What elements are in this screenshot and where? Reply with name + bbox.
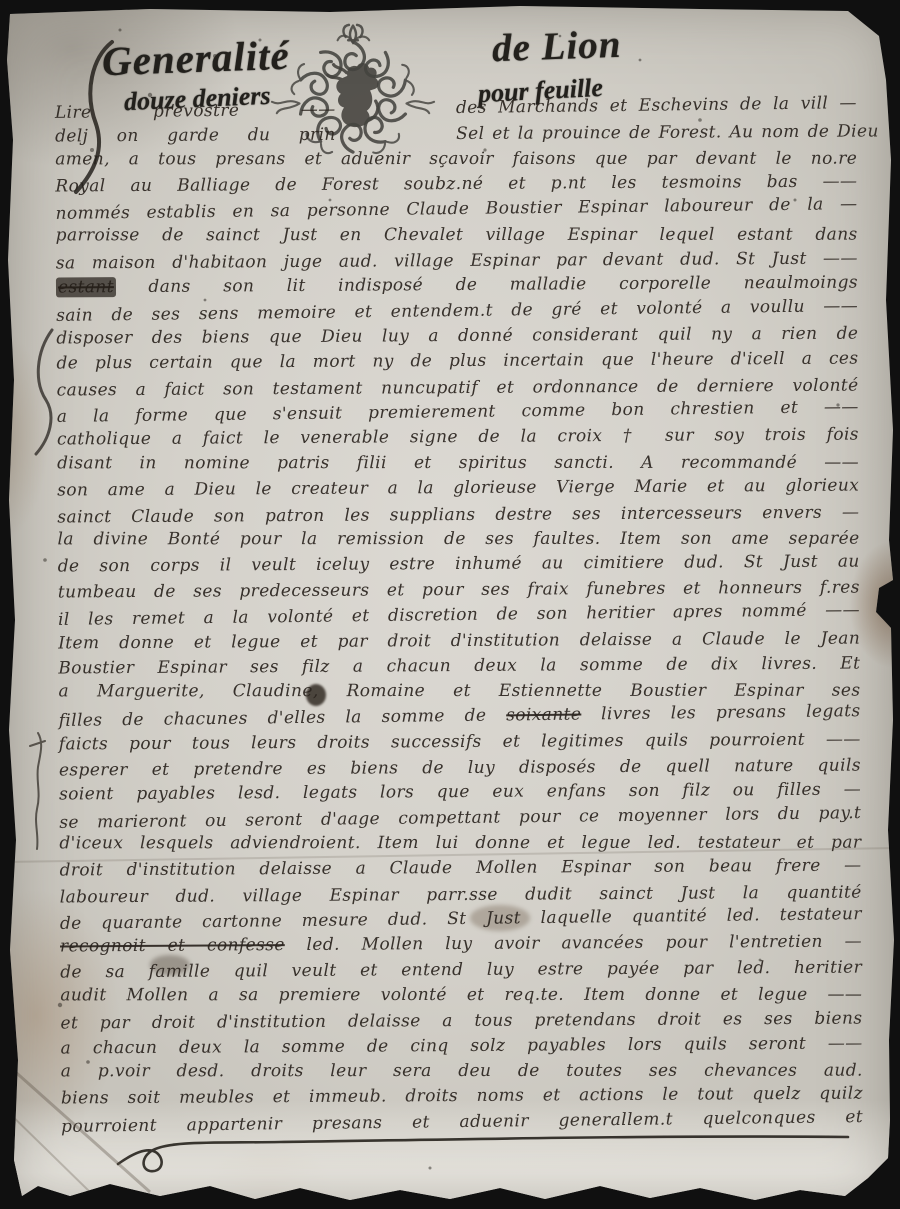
printed-header-generalite: Generalité bbox=[101, 31, 290, 86]
manuscript-line: la divine Bonté pour la remission de ses… bbox=[58, 526, 860, 552]
manuscript-line: parroisse de sainct Just en Chevalet vil… bbox=[56, 222, 858, 248]
manuscript-line: sa maison d'habitaon juge aud. village E… bbox=[56, 247, 858, 277]
line-right-segment: Sel et la prouince de Forest. Au nom de … bbox=[456, 120, 857, 148]
manuscript-line: disant in nomine patris filii et spiritu… bbox=[57, 450, 859, 476]
manuscript-line: delj on garde du prinSel et la prouince … bbox=[55, 120, 857, 150]
manuscript-line: amen, a tous presans et aduenir sçavoir … bbox=[55, 146, 857, 172]
margin-mark bbox=[30, 733, 45, 849]
manuscript-line: d'iceux lesquels adviendroient. Item lui… bbox=[59, 831, 861, 857]
margin-flourish bbox=[36, 330, 52, 454]
signature-paraph bbox=[118, 1137, 848, 1172]
photo-background: Generalité de Lion douze deniers pour fe… bbox=[0, 0, 900, 1209]
manuscript-line: sainct Claude son patron les supplians d… bbox=[57, 500, 859, 530]
manuscript-text: Lire prevostre ——des Marchands et Eschev… bbox=[55, 94, 863, 1138]
manuscript-line: de sa famille quil veult et entend luy e… bbox=[60, 955, 862, 985]
line-right-segment: des Marchands et Eschevins de la vill — bbox=[456, 91, 857, 121]
manuscript-line: esperer et pretendre es biens de luy dis… bbox=[59, 753, 861, 783]
manuscript-line: a p.voir desd. droits leur sera deu de t… bbox=[61, 1059, 863, 1085]
manuscript-line: son ame a Dieu le createur a la glorieus… bbox=[57, 474, 859, 504]
manuscript-line: audit Mollen a sa premiere volonté et re… bbox=[60, 983, 862, 1009]
line-left-segment: Lire prevostre —— bbox=[55, 97, 336, 126]
line-left-segment: delj on garde du prin bbox=[55, 123, 336, 150]
manuscript-line: et par droit d'institution delaisse a to… bbox=[60, 1007, 862, 1037]
manuscript-line: de plus certain que la mort ny de plus i… bbox=[56, 347, 858, 377]
printed-header-de-lion: de Lion bbox=[491, 22, 622, 71]
manuscript-page: Generalité de Lion douze deniers pour fe… bbox=[0, 0, 900, 1209]
manuscript-line: Item donne et legue et par droit d'insti… bbox=[58, 627, 860, 657]
manuscript-line: droit d'institution delaisse a Claude Mo… bbox=[59, 854, 861, 884]
